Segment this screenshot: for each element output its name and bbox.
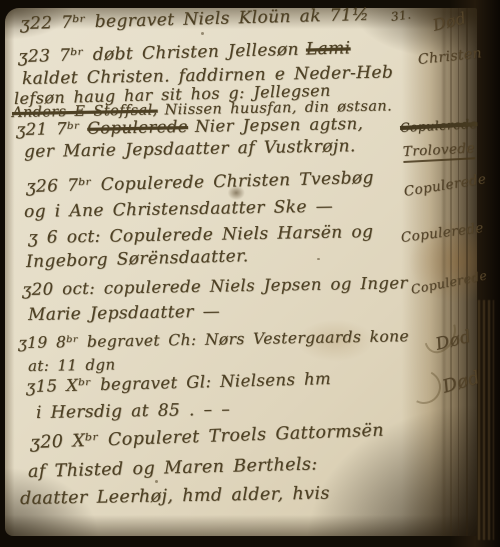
register-entry-line: Ingeborg Sørënsdaatter. bbox=[26, 246, 256, 272]
register-entry-line: ʒ19 8ᵇʳ begravet Ch: Nørs Vestergaards k… bbox=[18, 327, 416, 352]
entry-text: ʒ 6 oct: Copulerede Niels Harsën og bbox=[28, 222, 374, 248]
entry-text: Ingeborg Sørënsdaatter. bbox=[26, 246, 249, 272]
register-entry-line: ʒ23 7ᵇʳ døbt Christen JellesønLami bbox=[18, 38, 358, 67]
entry-text-struck: Lami bbox=[306, 38, 351, 59]
register-entry-line: ger Marie Jepsdaatter af Vustkrøjn. bbox=[24, 136, 363, 162]
entry-text: Marie Jepsdaatter — bbox=[28, 302, 220, 325]
margin-note-christen: Christen bbox=[417, 45, 483, 68]
manuscript-page: 31. ʒ22 7ᵇʳ begravet Niels Kloün ak 71½ … bbox=[5, 8, 477, 536]
register-entry-line: ʒ26 7ᵇʳ Copulerede Christen Tvesbøg bbox=[26, 168, 381, 197]
register-entry-line: at: 11 dgn bbox=[28, 355, 123, 375]
entry-text: ʒ21 7ᵇʳ bbox=[16, 119, 81, 139]
ink-speck bbox=[155, 480, 158, 483]
binding-crease bbox=[441, 8, 447, 536]
entry-text: og i Ane Christensdaatter Ske — bbox=[24, 197, 333, 222]
margin-note-copulerede: Copulerede bbox=[410, 267, 489, 296]
register-entry-line: i Hersdig at 85 . – – bbox=[36, 399, 238, 423]
entry-text: ʒ20 Xᵇʳ Copuleret Troels Gattormsën bbox=[30, 421, 385, 453]
register-entry-line: ʒ20 Xᵇʳ Copuleret Troels Gattormsën bbox=[30, 420, 392, 453]
entry-text: ʒ23 7ᵇʳ døbt Christen Jellesøn bbox=[18, 40, 299, 67]
margin-note-trolovede: Trolovede bbox=[403, 140, 476, 163]
register-entry-line: ʒ20 oct: copulerede Niels Jepsen og Inge… bbox=[22, 273, 415, 299]
entry-text: ʒ20 oct: copulerede Niels Jepsen og Inge… bbox=[22, 273, 408, 299]
register-entry-line: Marie Jepsdaatter — bbox=[28, 302, 227, 325]
entry-text-struck: Copulerede bbox=[87, 117, 188, 138]
entry-text: ʒ19 8ᵇʳ begravet Ch: Nørs Vestergaards k… bbox=[18, 327, 409, 352]
entry-text: ʒ22 7ᵇʳ begravet Niels Kloün ak 71½ bbox=[20, 5, 370, 34]
ink-flourish bbox=[403, 366, 446, 409]
entry-text: ʒ26 7ᵇʳ Copulerede Christen Tvesbøg bbox=[26, 168, 374, 197]
ink-speck bbox=[201, 32, 204, 35]
binding-crease bbox=[450, 8, 452, 536]
register-entry-line: daatter Leerhøj, hmd alder, hvis bbox=[20, 483, 337, 509]
entry-text: daatter Leerhøj, hmd alder, hvis bbox=[20, 484, 330, 509]
register-entry-line: og i Ane Christensdaatter Ske — bbox=[24, 196, 340, 222]
binding-gutter-texture bbox=[478, 300, 494, 540]
register-entry-line: ʒ22 7ᵇʳ begravet Niels Kloün ak 71½ bbox=[20, 5, 377, 34]
page-number: 31. bbox=[390, 7, 412, 24]
entry-text: at: 11 dgn bbox=[28, 355, 116, 375]
entry-text: af Thisted og Maren Berthels: bbox=[28, 454, 318, 482]
entry-text: i Hersdig at 85 . – – bbox=[36, 400, 231, 423]
margin-note-dod: Død bbox=[431, 8, 468, 35]
register-entry-line: ʒ 6 oct: Copulerede Niels Harsën og bbox=[28, 222, 381, 248]
register-entry-line: af Thisted og Maren Berthels: bbox=[28, 454, 325, 482]
scanned-register-page: 31. ʒ22 7ᵇʳ begravet Niels Kloün ak 71½ … bbox=[0, 0, 500, 547]
entry-text: Nier Jepsen agtsn, bbox=[195, 114, 364, 136]
ink-speck bbox=[317, 258, 320, 260]
entry-text: ger Marie Jepsdaatter af Vustkrøjn. bbox=[24, 136, 356, 162]
